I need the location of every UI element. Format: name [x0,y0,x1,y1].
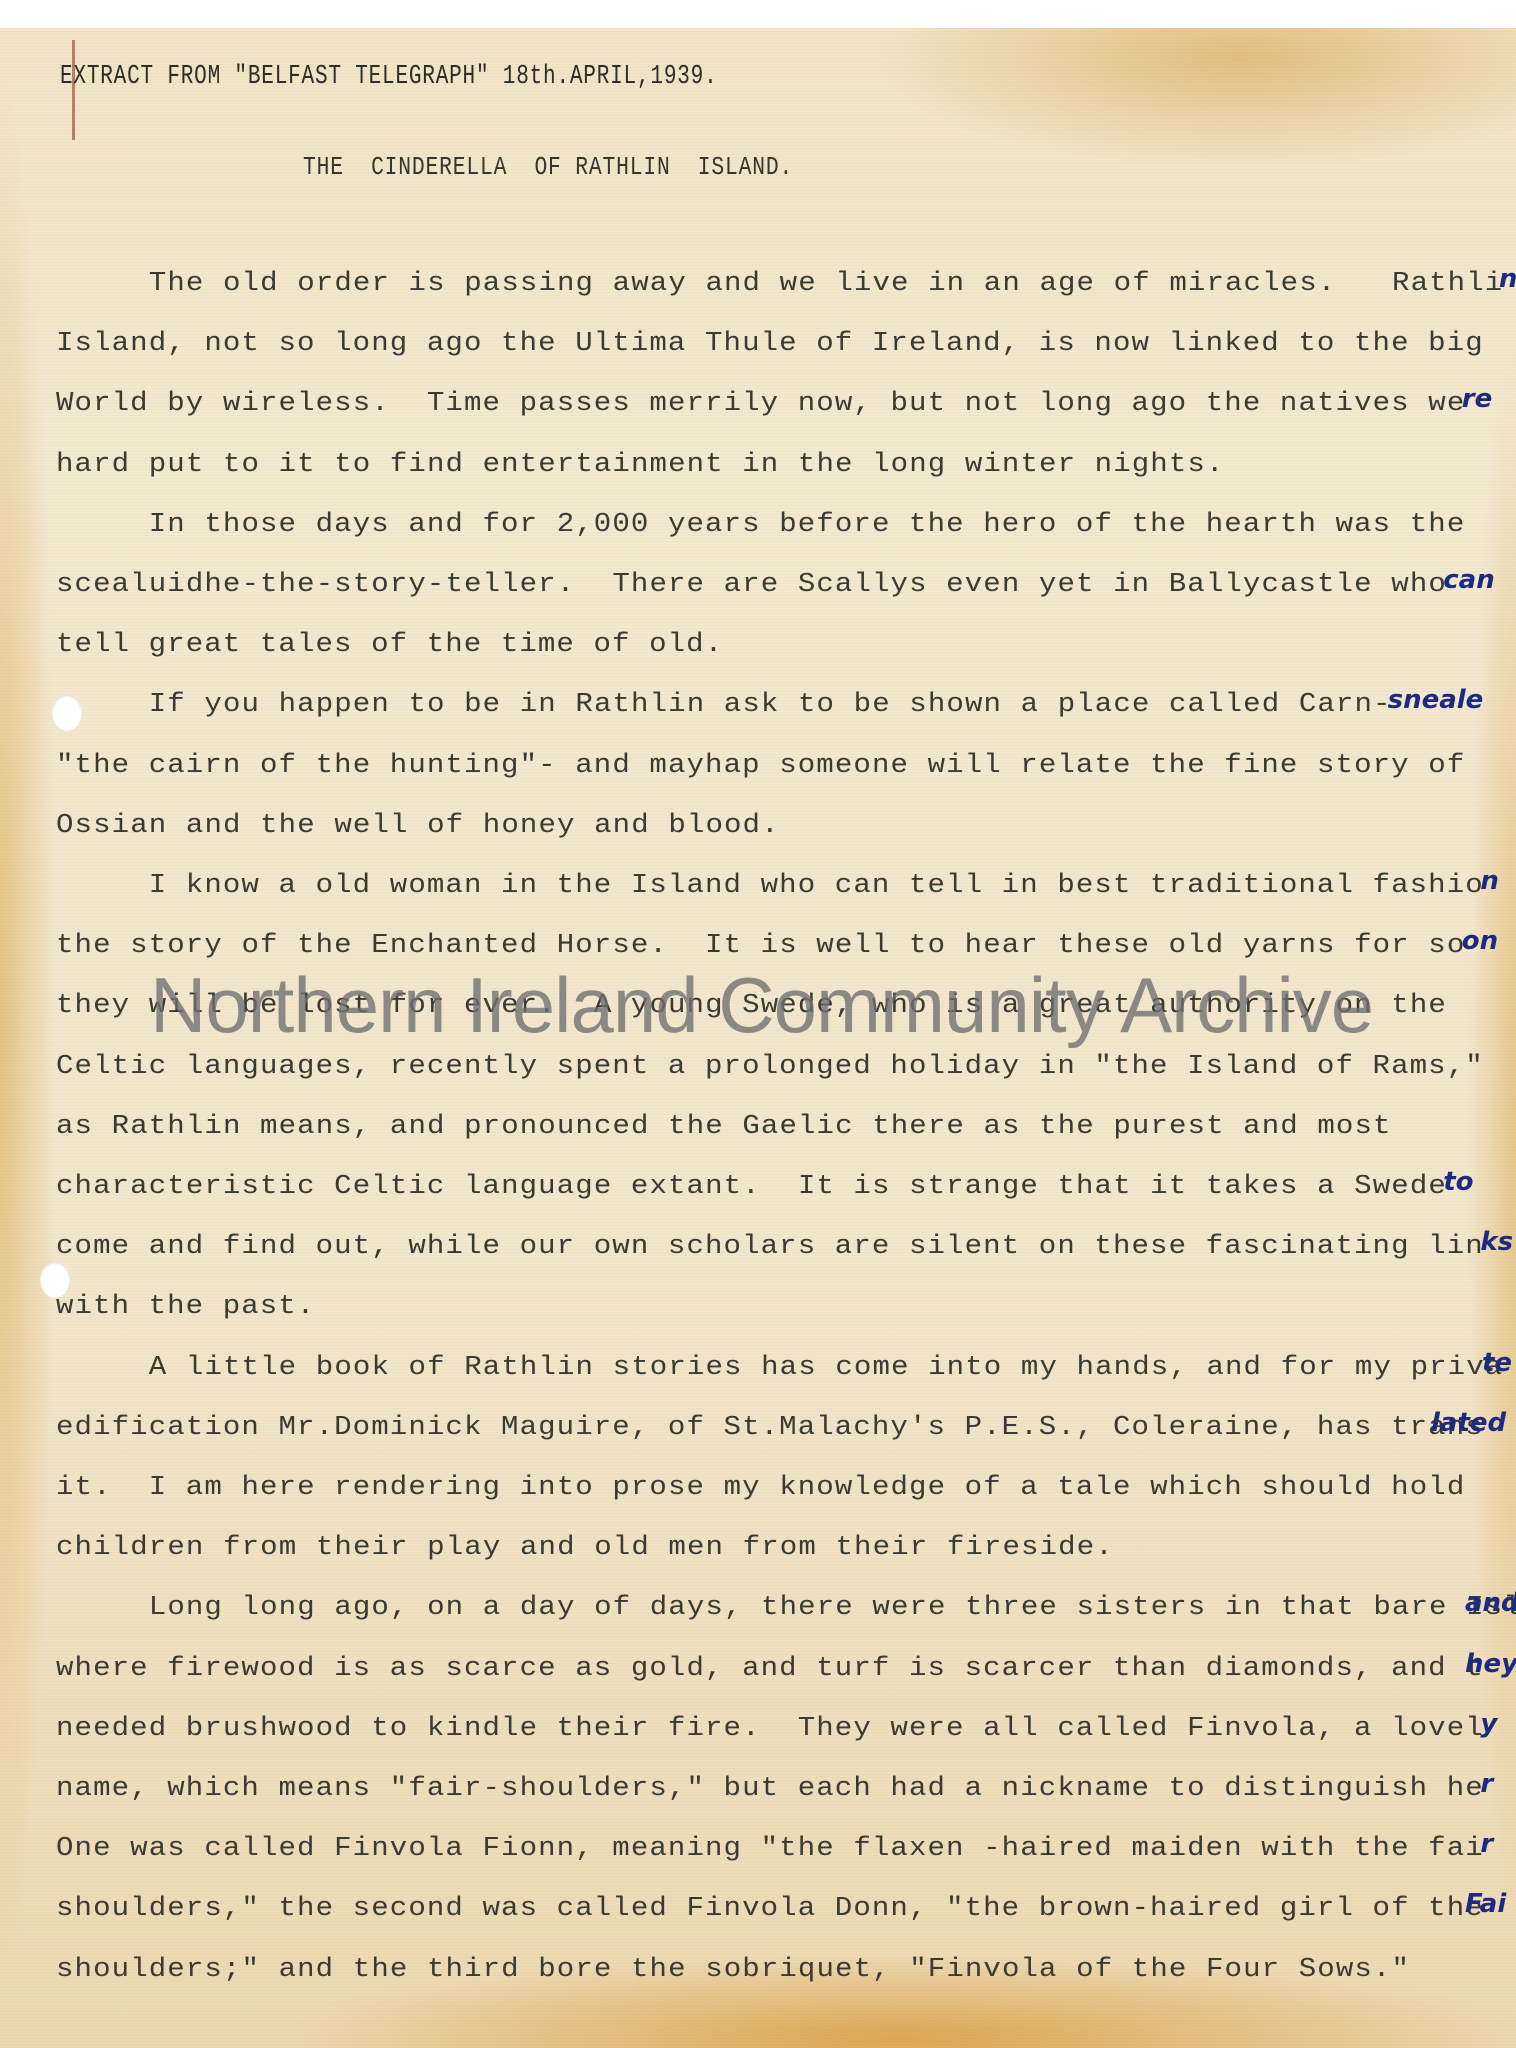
text-line: shoulders," the second was called Finvol… [56,1893,1484,1923]
archive-watermark: Northern Ireland Community Archive [150,960,1350,1051]
document-title: THE CINDERELLA OF RATHLIN ISLAND. [303,152,793,182]
text-line: One was called Finvola Fionn, meaning "t… [56,1833,1484,1863]
ink-correction: n [1499,264,1516,294]
ink-correction: re [1462,384,1492,414]
text-line: edification Mr.Dominick Maguire, of St.M… [56,1412,1484,1442]
ink-correction: y [1480,1709,1497,1739]
text-line: World by wireless. Time passes merrily n… [56,388,1465,418]
ink-correction: hey [1465,1649,1516,1679]
ink-correction: ks [1480,1227,1513,1257]
text-line: I know a old woman in the Island who can… [56,870,1484,900]
text-line: Long long ago, on a day of days, there w… [56,1592,1516,1622]
ink-correction: can [1443,565,1494,595]
text-line: Celtic languages, recently spent a prolo… [56,1051,1484,1081]
ink-correction: lated [1431,1408,1506,1438]
text-line: needed brushwood to kindle their fire. T… [56,1713,1484,1743]
text-line: A little book of Rathlin stories has com… [56,1352,1503,1382]
ink-correction: n [1480,866,1499,896]
text-line: If you happen to be in Rathlin ask to be… [56,689,1392,719]
ink-correction: te [1482,1348,1512,1378]
text-line: children from their play and old men fro… [56,1532,1114,1562]
extract-header: EXTRACT FROM "BELFAST TELEGRAPH" 18th.AP… [60,62,717,92]
text-line: tell great tales of the time of old. [56,629,723,659]
ink-correction: to [1443,1167,1473,1197]
text-line: In those days and for 2,000 years before… [56,509,1465,539]
text-line: scealuidhe-the-story-teller. There are S… [56,569,1447,599]
text-line: characteristic Celtic language extant. I… [56,1171,1447,1201]
ink-correction: on [1462,926,1498,956]
text-line: Ossian and the well of honey and blood. [56,810,780,840]
text-line: hard put to it to find entertainment in … [56,449,1225,479]
text-line: The old order is passing away and we liv… [56,268,1503,298]
text-line: as Rathlin means, and pronounced the Gae… [56,1111,1392,1141]
text-line: name, which means "fair-shoulders," but … [56,1773,1484,1803]
text-line: Island, not so long ago the Ultima Thule… [56,328,1484,358]
ink-correction: sneale [1388,685,1484,715]
text-line: the story of the Enchanted Horse. It is … [56,930,1465,960]
text-line: it. I am here rendering into prose my kn… [56,1472,1465,1502]
text-line: shoulders;" and the third bore the sobri… [56,1954,1410,1984]
ink-correction: Fai [1465,1889,1506,1919]
ink-correction: r [1480,1829,1493,1859]
ink-correction: r [1480,1769,1493,1799]
ink-correction: and [1465,1588,1516,1618]
text-line: with the past. [56,1291,315,1321]
text-line: come and find out, while our own scholar… [56,1231,1484,1261]
text-line: "the cairn of the hunting"- and mayhap s… [56,750,1465,780]
text-line: where firewood is as scarce as gold, and… [56,1653,1484,1683]
